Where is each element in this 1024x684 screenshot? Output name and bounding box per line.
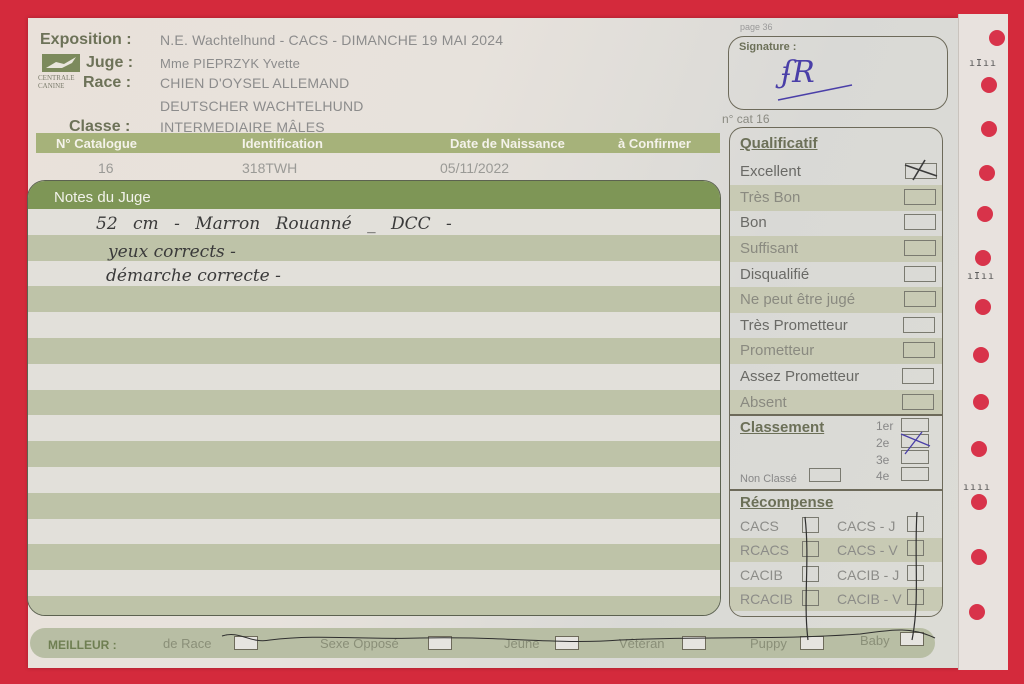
qualificatif-disqualifie[interactable]: Disqualifié xyxy=(730,262,943,288)
catalogue-header: N° Catalogue Identification Date de Nais… xyxy=(36,133,720,153)
notes-title: Notes du Juge xyxy=(28,181,720,209)
recompense-title: Récompense xyxy=(740,494,833,511)
qualificatif-absent[interactable]: Absent xyxy=(730,390,943,416)
rank-1-label: 1er xyxy=(876,419,893,433)
cacib-v-checkbox[interactable] xyxy=(907,589,924,605)
qualificatif-ne-peut-etre-juge[interactable]: Ne peut être jugé xyxy=(730,287,943,313)
col-identification: Identification xyxy=(242,136,323,151)
meilleur-title: MEILLEUR : xyxy=(48,638,117,652)
juge-label: Juge : xyxy=(86,54,133,72)
qualificatif-suffisant[interactable]: Suffisant xyxy=(730,236,943,262)
checkbox[interactable] xyxy=(904,189,936,205)
checkbox[interactable] xyxy=(903,342,935,358)
feed-hole xyxy=(973,394,989,410)
catalogue-number: n° cat 16 xyxy=(722,112,770,126)
cacs-v-checkbox[interactable] xyxy=(907,540,924,556)
feed-hole xyxy=(981,77,997,93)
recompense-row: CACIB CACIB - J xyxy=(730,563,943,587)
recompense-row: RCACIB CACIB - V xyxy=(730,587,943,611)
checkbox[interactable] xyxy=(904,291,936,307)
checkbox[interactable] xyxy=(904,266,936,282)
notes-line-2: yeux corrects - xyxy=(108,242,236,262)
non-classe-checkbox[interactable] xyxy=(809,468,841,482)
cacib-j-checkbox[interactable] xyxy=(907,565,924,581)
perforation-mark: ıııı xyxy=(963,482,991,493)
perforation-mark: ıIıı xyxy=(967,271,995,282)
qualificatif-tres-prometteur[interactable]: Très Prometteur xyxy=(730,313,943,339)
option-veteran: Vétéran xyxy=(619,636,665,651)
signature-box[interactable]: Signature : ʄR xyxy=(728,36,948,110)
checkbox[interactable] xyxy=(903,317,935,333)
feed-hole xyxy=(971,494,987,510)
catalogue-values: 16 318TWH 05/11/2022 xyxy=(36,155,720,179)
rank-2-label: 2e xyxy=(876,436,889,450)
option-jeune: Jeune xyxy=(504,636,539,651)
tractor-feed-strip: ıIıı ıIıı ıııı xyxy=(958,14,1008,670)
sexe-oppose-checkbox[interactable] xyxy=(428,636,452,650)
recompense-row: CACS CACS - J xyxy=(730,514,943,538)
feed-hole xyxy=(969,604,985,620)
cacib-checkbox[interactable] xyxy=(802,566,819,582)
qualificatif-tres-bon[interactable]: Très Bon xyxy=(730,185,943,211)
rank-3-label: 3e xyxy=(876,453,889,467)
qualificatif-assez-prometteur[interactable]: Assez Prometteur xyxy=(730,364,943,390)
signature-label: Signature : xyxy=(739,41,796,53)
option-baby: Baby xyxy=(860,633,890,648)
col-catalogue: N° Catalogue xyxy=(56,136,137,151)
rank-4-label: 4e xyxy=(876,469,889,483)
feed-hole xyxy=(975,299,991,315)
puppy-checkbox[interactable] xyxy=(800,636,824,650)
col-a-confirmer: à Confirmer xyxy=(618,136,691,151)
juge-value: Mme PIEPRZYK Yvette xyxy=(160,56,300,71)
rank-3-checkbox[interactable] xyxy=(901,450,929,464)
notes-line-3: démarche correcte - xyxy=(106,266,281,286)
birth-date-value: 05/11/2022 xyxy=(440,160,509,176)
option-puppy: Puppy xyxy=(750,636,787,651)
classement-title: Classement xyxy=(740,419,824,436)
meilleur-bar: MEILLEUR : de Race Sexe Opposé Jeune Vét… xyxy=(30,628,935,658)
page-number: page 36 xyxy=(740,22,773,32)
feed-hole xyxy=(981,121,997,137)
catalogue-number-value: 16 xyxy=(98,160,114,176)
cacs-j-checkbox[interactable] xyxy=(907,516,924,532)
jeune-checkbox[interactable] xyxy=(555,636,579,650)
qualificatif-excellent[interactable]: Excellent xyxy=(730,159,943,185)
baby-checkbox[interactable] xyxy=(900,632,924,646)
checkbox-checked[interactable] xyxy=(905,163,937,179)
non-classe-label: Non Classé xyxy=(740,473,797,485)
feed-hole xyxy=(979,165,995,181)
identification-value: 318TWH xyxy=(242,160,297,176)
logo-text: CENTRALECANINE xyxy=(38,74,75,90)
recompense-row: RCACS CACS - V xyxy=(730,538,943,562)
divider xyxy=(730,414,943,416)
cacs-checkbox[interactable] xyxy=(802,517,819,533)
race-value-1: CHIEN D'OYSEL ALLEMAND xyxy=(160,75,349,91)
option-de-race: de Race xyxy=(163,636,211,651)
feed-hole xyxy=(989,30,1005,46)
checkbox[interactable] xyxy=(904,214,936,230)
exposition-label: Exposition : xyxy=(40,31,132,49)
qualificatif-bon[interactable]: Bon xyxy=(730,210,943,236)
rcacs-checkbox[interactable] xyxy=(802,541,819,557)
perforation-mark: ıIıı xyxy=(969,58,997,69)
feed-hole xyxy=(975,250,991,266)
feed-hole xyxy=(971,441,987,457)
divider xyxy=(730,489,943,491)
qualificatif-prometteur[interactable]: Prometteur xyxy=(730,338,943,364)
feed-hole xyxy=(977,206,993,222)
feed-hole xyxy=(971,549,987,565)
rcacib-checkbox[interactable] xyxy=(802,590,819,606)
checkbox[interactable] xyxy=(904,240,936,256)
de-race-checkbox[interactable] xyxy=(234,636,258,650)
centrale-canine-logo-icon xyxy=(42,54,80,72)
rank-2-checkbox-checked[interactable] xyxy=(901,434,929,448)
signature-value: ʄR xyxy=(781,55,815,90)
veteran-checkbox[interactable] xyxy=(682,636,706,650)
qualificatif-panel: Qualificatif Excellent Très Bon Bon Suff… xyxy=(729,127,943,617)
rank-1-checkbox[interactable] xyxy=(901,418,929,432)
col-date-naissance: Date de Naissance xyxy=(450,136,565,151)
rank-4-checkbox[interactable] xyxy=(901,467,929,481)
feed-hole xyxy=(973,347,989,363)
qualificatif-title: Qualificatif xyxy=(740,135,818,152)
race-label: Race : xyxy=(83,74,131,92)
checkbox[interactable] xyxy=(902,394,934,410)
exposition-value: N.E. Wachtelhund - CACS - DIMANCHE 19 MA… xyxy=(160,32,503,48)
notes-line-1: 52 cm - Marron Rouanné _ DCC - xyxy=(96,214,452,234)
race-value-2: DEUTSCHER WACHTELHUND xyxy=(160,98,364,114)
checkbox[interactable] xyxy=(902,368,934,384)
option-sexe-oppose: Sexe Opposé xyxy=(320,636,399,651)
